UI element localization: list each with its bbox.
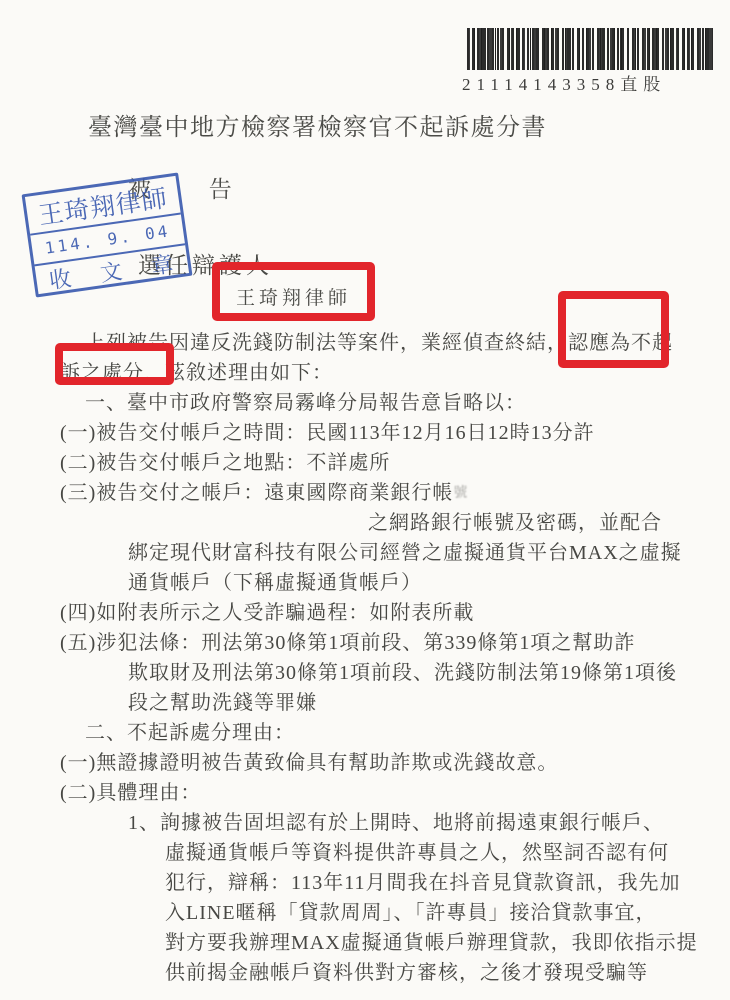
document-body: 上列被告因違反洗錢防制法等案件，業經偵查終結，認應為不起 訴之處分，茲敘述理由如… [0,328,730,988]
text-line: 供前揭金融帳戶資料供對方審核，之後才發現受騙等 [0,958,730,988]
received-stamp: 王琦翔律師 114. 9. 04 收 文 章 [22,173,193,298]
text-line: 對方要我辦理MAX虛擬通貨帳戶辦理貸款，我即依指示提 [0,928,730,958]
text-line: 1、詢據被告固坦認有於上開時、地將前揭遠東銀行帳戶、 [0,808,730,838]
scanned-document-page: 21114143358直股 臺灣臺中地方檢察署檢察官不起訴處分書 被 告 王琦翔… [0,0,730,1000]
highlight-box-should-not-prosecute [558,291,669,368]
text-line: 之網路銀行帳號及密碼，並配合 [0,508,730,538]
text-line: 通貨帳戶（下稱虛擬通貨帳戶） [0,568,730,598]
text-line: 綁定現代財富科技有限公司經營之虛擬通貨平台MAX之虛擬 [0,538,730,568]
text-line: (二)具體理由： [0,778,730,808]
text-line: (一)被告交付帳戶之時間：民國113年12月16日12時13分許 [0,418,730,448]
barcode-number: 21114143358直股 [462,70,724,94]
highlight-box-counsel-name [212,262,375,321]
text-line: (二)被告交付帳戶之地點：不詳處所 [0,448,730,478]
highlight-box-disposition [55,343,174,385]
barcode-icon [467,28,713,70]
text-line-prefix: (三)被告交付之帳戶：遠東國際商業銀行帳 [60,482,453,504]
document-title: 臺灣臺中地方檢察署檢察官不起訴處分書 [88,107,547,142]
text-line: (五)涉犯法條：刑法第30條第1項前段、第339條第1項之幫助詐 [0,628,730,658]
text-line: 一、臺中市政府警察局霧峰分局報告意旨略以： [0,388,730,418]
text-line: 入LINE暱稱「貸款周周」、「許專員」接洽貸款事宜， [0,898,730,928]
text-line: (四)如附表所示之人受詐騙過程：如附表所載 [0,598,730,628]
text-line: 虛擬通貨帳戶等資料提供許專員之人，然堅詞否認有何 [0,838,730,868]
text-line: 犯行，辯稱：113年11月間我在抖音見貸款資訊，我先加 [0,868,730,898]
redacted-account-number: 號 [453,479,468,509]
text-line: (一)無證據證明被告黃致倫具有幫助詐欺或洗錢故意。 [0,748,730,778]
text-line: 段之幫助洗錢等罪嫌 [0,688,730,718]
text-line: (三)被告交付之帳戶：遠東國際商業銀行帳號 [0,478,730,508]
text-line: 二、不起訴處分理由： [0,718,730,748]
text-line: 欺取財及刑法第30條第1項前段、洗錢防制法第19條第1項後 [0,658,730,688]
